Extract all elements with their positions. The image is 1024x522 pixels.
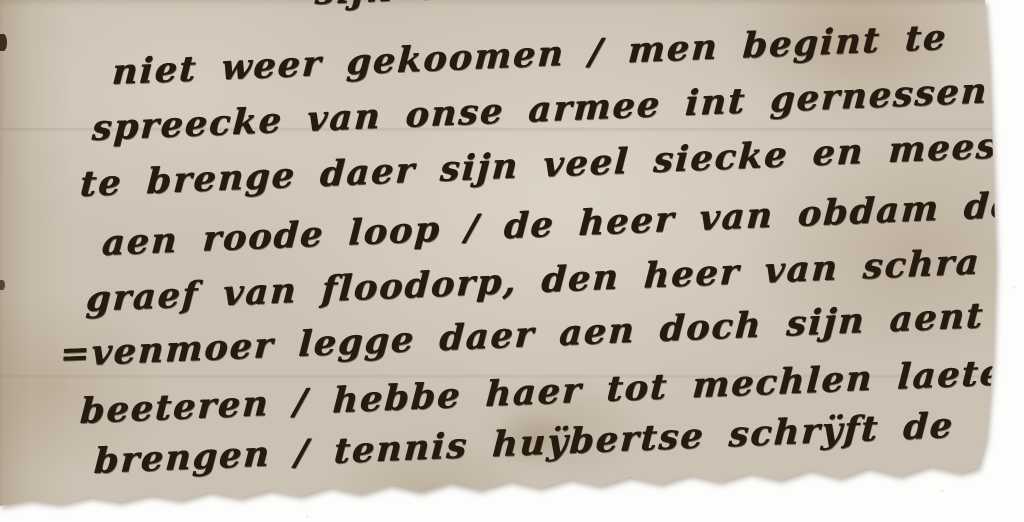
ink-layer: sijn van dees weeck ij f niet weer gekoo… — [0, 0, 1024, 522]
manuscript-paper: te brenge daer sijn veel siecke en meest… — [0, 0, 1024, 522]
manuscript-line: brengen / tennis huÿbertse schrÿft de — [92, 401, 955, 487]
manuscript-line: =venmoer legge daer aen doch sijn aent — [58, 291, 985, 380]
manuscript-line: beeteren / hebbe haer tot mechlen laeten — [78, 347, 1024, 437]
manuscript-line: aen roode loop / de heer van obdam de — [100, 181, 1016, 269]
manuscript-line: te brenge daer sijn veel siecke en meest — [78, 121, 1017, 210]
bleedthrough-layer: te brenge daer sijn veel siecke en meest… — [0, 0, 1024, 522]
manuscript-line: spreecke van onse armee int gernessen — [90, 66, 989, 154]
manuscript-line: graef van floodorp, den heer van schra — [84, 237, 981, 325]
manuscript-scan: te brenge daer sijn veel siecke en meest… — [0, 0, 1024, 522]
manuscript-line: sijn van dees weeck ij f — [313, 0, 864, 18]
paper-edge-notch — [0, 280, 5, 290]
paper-edge-notch — [0, 34, 7, 51]
manuscript-line: niet weer gekoomen / men begint te — [110, 13, 948, 98]
paper-wrap: te brenge daer sijn veel siecke en meest… — [0, 0, 1024, 522]
